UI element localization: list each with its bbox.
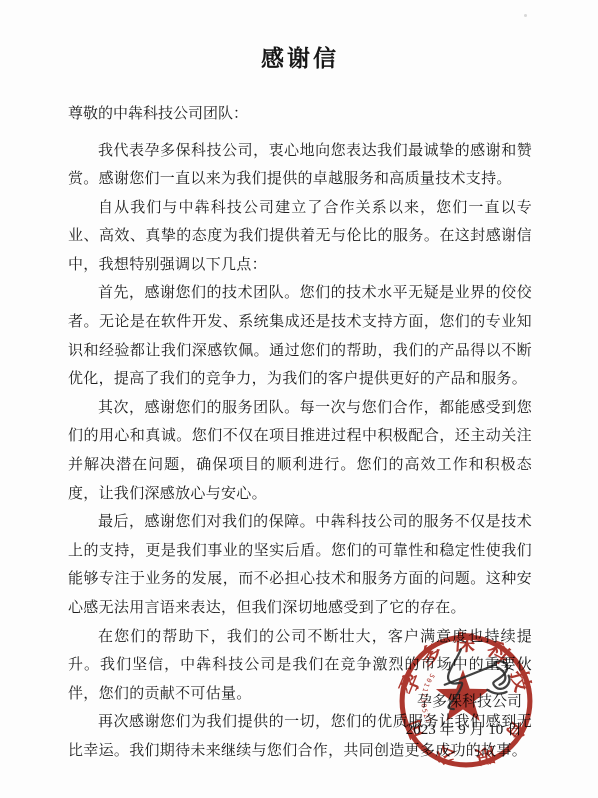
paragraph: 自从我们与中犇科技公司建立了合作关系以来，您们一直以专业、高效、真挚的态度为我们… bbox=[68, 194, 532, 280]
letter-page: 感谢信 尊敬的中犇科技公司团队： 我代表孕多保科技公司，衷心地向您表达我们最诚挚… bbox=[0, 0, 598, 798]
salutation: 尊敬的中犇科技公司团队： bbox=[68, 100, 532, 129]
scan-artifact-dot bbox=[524, 14, 527, 17]
paragraph: 我代表孕多保科技公司，衷心地向您表达我们最诚挚的感谢和赞赏。感谢您们一直以来为我… bbox=[68, 137, 532, 194]
paragraph: 最后，感谢您们对我们的保障。中犇科技公司的服务不仅是技术上的支持，更是我们事业的… bbox=[68, 508, 532, 622]
paragraph: 首先，感谢您们的技术团队。您们的技术水平无疑是业界的佼佼者。无论是在软件开发、系… bbox=[68, 279, 532, 393]
company-seal-graphic: 孕多保科技 有限公司 5011238522 bbox=[396, 631, 536, 771]
company-seal: 孕多保科技 有限公司 5011238522 bbox=[396, 631, 536, 771]
seal-arc-text-bottom: 有限公司 bbox=[396, 701, 530, 771]
paragraph: 其次，感谢您们的服务团队。每一次与您们合作，都能感受到您们的用心和真诚。您们不仅… bbox=[68, 394, 532, 508]
letter-title: 感谢信 bbox=[68, 40, 532, 73]
